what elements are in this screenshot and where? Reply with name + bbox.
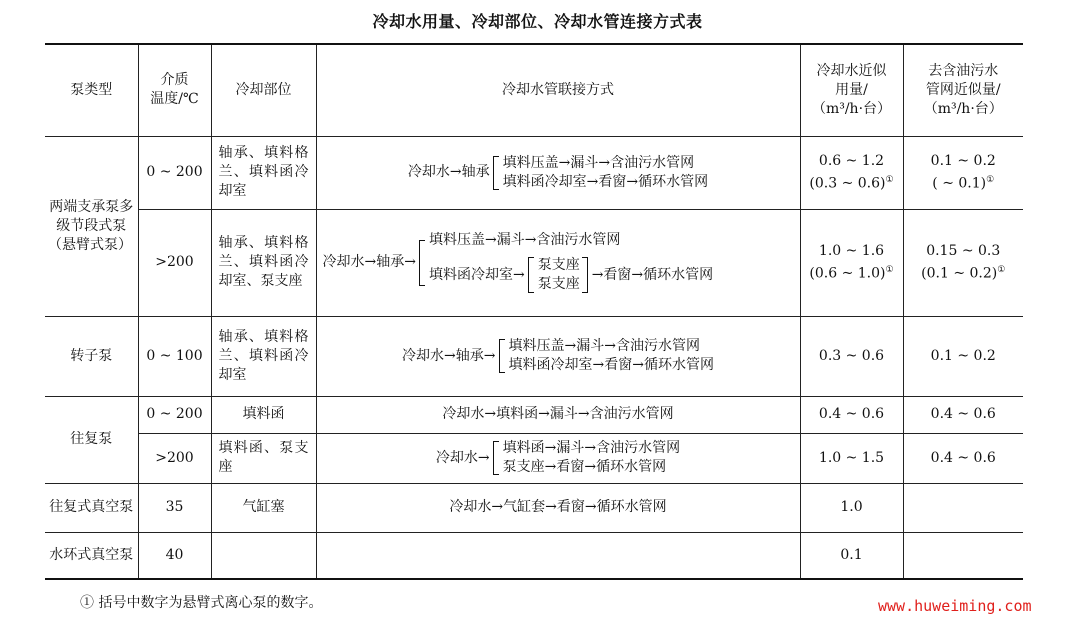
- oil-cell: 0.4 ~ 0.6: [903, 433, 1023, 483]
- table-row: 往复式真空泵 35 气缸塞 冷却水→气缸套→看窗→循环水管网 1.0: [45, 483, 1023, 532]
- temp-cell: 0 ~ 200: [138, 136, 211, 209]
- header-water-amount: 冷却水近似用量/（m³/h·台）: [800, 44, 903, 136]
- part-cell: 轴承、填料格兰、填料函冷却室: [211, 316, 316, 396]
- oil-cell: 0.4 ~ 0.6: [903, 396, 1023, 433]
- header-temperature: 介质温度/℃: [138, 44, 211, 136]
- bracket-icon: [499, 339, 505, 373]
- oil-cell: 0.1 ~ 0.2( ~ 0.1)①: [903, 136, 1023, 209]
- table-row: 转子泵 0 ~ 100 轴承、填料格兰、填料函冷却室 冷却水→轴承→ 填料压盖→…: [45, 316, 1023, 396]
- temp-cell: >200: [138, 209, 211, 316]
- header-oil-amount: 去含油污水管网近似量/（m³/h·台）: [903, 44, 1023, 136]
- temp-cell: 35: [138, 483, 211, 532]
- flow-diagram: 冷却水→ 填料函→漏斗→含油污水管网 泵支座→看窗→循环水管网: [436, 439, 680, 477]
- flow-cell: 冷却水→填料函→漏斗→含油污水管网: [316, 396, 800, 433]
- table-title: 冷却水用量、冷却部位、冷却水管连接方式表: [0, 9, 1075, 32]
- bracket-icon: [493, 156, 499, 190]
- table-row: 水环式真空泵 40 0.1: [45, 532, 1023, 579]
- pump-type-cell: 往复泵: [45, 396, 138, 483]
- water-cell: 1.0 ~ 1.5: [800, 433, 903, 483]
- cooling-water-table: 泵类型 介质温度/℃ 冷却部位 冷却水管联接方式 冷却水近似用量/（m³/h·台…: [45, 43, 1023, 580]
- water-cell: 1.0 ~ 1.6(0.6 ~ 1.0)①: [800, 209, 903, 316]
- part-cell: 轴承、填料格兰、填料函冷却室、泵支座: [211, 209, 316, 316]
- table-row: >200 轴承、填料格兰、填料函冷却室、泵支座 冷却水→轴承→ 填料压盖→漏斗→…: [45, 209, 1023, 316]
- temp-cell: 40: [138, 532, 211, 579]
- bracket-icon: [528, 257, 534, 293]
- bracket-close-icon: [582, 257, 588, 293]
- part-cell: 填料函、泵支座: [211, 433, 316, 483]
- pump-type-cell: 水环式真空泵: [45, 532, 138, 579]
- flow-cell: 冷却水→气缸套→看窗→循环水管网: [316, 483, 800, 532]
- oil-cell: 0.15 ~ 0.3(0.1 ~ 0.2)①: [903, 209, 1023, 316]
- flow-cell: 冷却水→轴承 填料压盖→漏斗→含油污水管网 填料函冷却室→看窗→循环水管网: [316, 136, 800, 209]
- flow-cell: 冷却水→轴承→ 填料压盖→漏斗→含油污水管网 填料函冷却室→ 泵支座 泵支座 →…: [316, 209, 800, 316]
- flow-diagram: 冷却水→轴承 填料压盖→漏斗→含油污水管网 填料函冷却室→看窗→循环水管网: [408, 154, 708, 192]
- pump-type-cell: 往复式真空泵: [45, 483, 138, 532]
- header-pump-type: 泵类型: [45, 44, 138, 136]
- temp-cell: 0 ~ 100: [138, 316, 211, 396]
- header-cooling-part: 冷却部位: [211, 44, 316, 136]
- flow-diagram: 冷却水→轴承→ 填料压盖→漏斗→含油污水管网 填料函冷却室→看窗→循环水管网: [402, 337, 714, 375]
- oil-cell: [903, 483, 1023, 532]
- bracket-icon: [419, 240, 425, 286]
- flow-diagram: 冷却水→轴承→ 填料压盖→漏斗→含油污水管网 填料函冷却室→ 泵支座 泵支座 →…: [323, 231, 714, 294]
- water-cell: 0.1: [800, 532, 903, 579]
- table-row: 往复泵 0 ~ 200 填料函 冷却水→填料函→漏斗→含油污水管网 0.4 ~ …: [45, 396, 1023, 433]
- part-cell: 填料函: [211, 396, 316, 433]
- flow-cell: 冷却水→ 填料函→漏斗→含油污水管网 泵支座→看窗→循环水管网: [316, 433, 800, 483]
- table-row: 两端支承泵多级节段式泵（悬臂式泵） 0 ~ 200 轴承、填料格兰、填料函冷却室…: [45, 136, 1023, 209]
- pump-type-cell: 两端支承泵多级节段式泵（悬臂式泵）: [45, 136, 138, 316]
- table-row: >200 填料函、泵支座 冷却水→ 填料函→漏斗→含油污水管网 泵支座→看窗→循…: [45, 433, 1023, 483]
- water-cell: 0.3 ~ 0.6: [800, 316, 903, 396]
- header-connection: 冷却水管联接方式: [316, 44, 800, 136]
- bracket-icon: [493, 441, 499, 475]
- footnote: ① 括号中数字为悬臂式离心泵的数字。: [80, 592, 322, 612]
- oil-cell: [903, 532, 1023, 579]
- part-cell: 气缸塞: [211, 483, 316, 532]
- temp-cell: 0 ~ 200: [138, 396, 211, 433]
- pump-type-cell: 转子泵: [45, 316, 138, 396]
- water-cell: 0.4 ~ 0.6: [800, 396, 903, 433]
- watermark: www.huweiming.com: [878, 597, 1032, 615]
- flow-cell: [316, 532, 800, 579]
- part-cell: [211, 532, 316, 579]
- flow-cell: 冷却水→轴承→ 填料压盖→漏斗→含油污水管网 填料函冷却室→看窗→循环水管网: [316, 316, 800, 396]
- oil-cell: 0.1 ~ 0.2: [903, 316, 1023, 396]
- temp-cell: >200: [138, 433, 211, 483]
- header-row: 泵类型 介质温度/℃ 冷却部位 冷却水管联接方式 冷却水近似用量/（m³/h·台…: [45, 44, 1023, 136]
- water-cell: 0.6 ~ 1.2(0.3 ~ 0.6)①: [800, 136, 903, 209]
- part-cell: 轴承、填料格兰、填料函冷却室: [211, 136, 316, 209]
- water-cell: 1.0: [800, 483, 903, 532]
